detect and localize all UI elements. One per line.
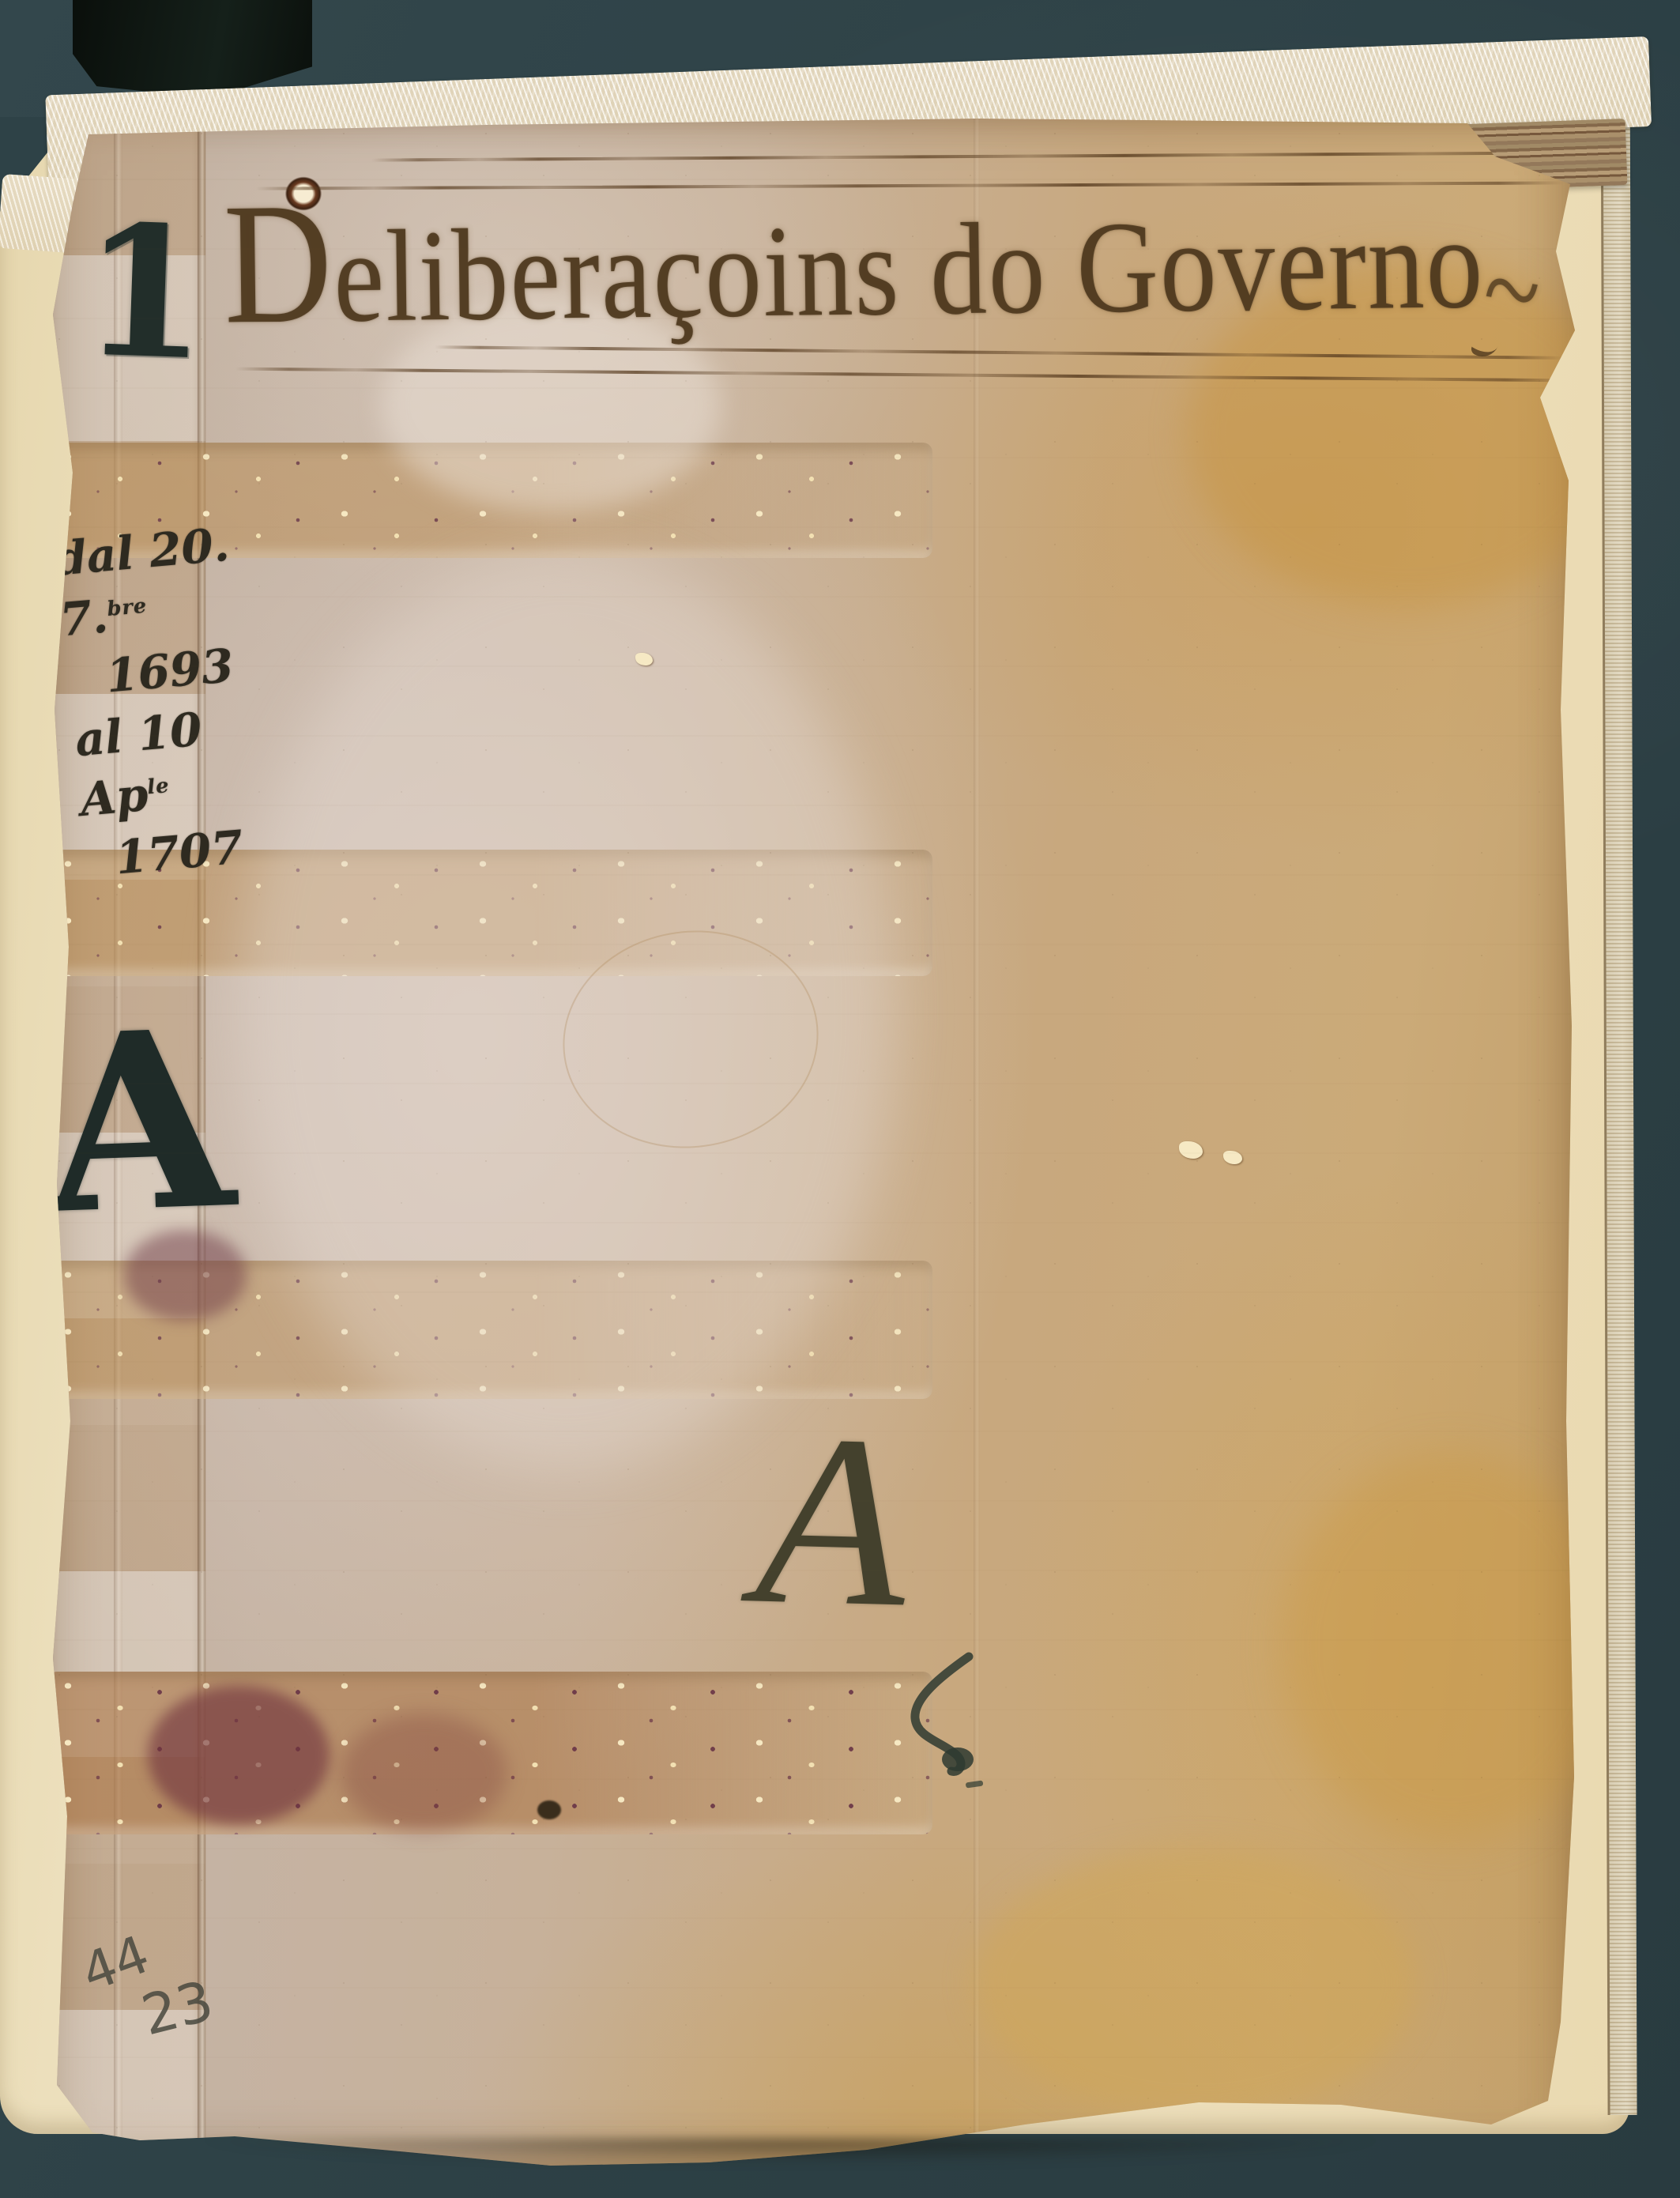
spine-date-line3: al 10 Aple [68, 690, 315, 831]
spine-date-line1-sup: bre [106, 594, 148, 620]
cover-title: Deliberaçoins do Governo~ [223, 163, 1540, 352]
spine-date-line3-text: al 10 Ap [73, 702, 204, 827]
stained-band-row4 [47, 1672, 932, 1834]
spine-volume-number: 1 [79, 200, 211, 384]
yellow-stain [974, 1848, 1416, 2117]
surface-chip [1223, 1151, 1242, 1164]
cover-drop-shadow [47, 2139, 1533, 2170]
title-flourish: ~ [1478, 227, 1547, 353]
cover-crease [974, 109, 980, 2173]
surface-chip [1179, 1141, 1203, 1159]
spine-letter-A: A [40, 997, 238, 1247]
spine-date-line1: dal 20. 7.bre [52, 509, 299, 650]
ruled-line-below-title [235, 368, 1573, 383]
cover-title-text: Deliberaçoins do Governo [223, 190, 1485, 351]
stained-band-row3 [47, 1261, 932, 1399]
ink-flourish-mark [880, 1649, 1007, 1791]
cover-center-letter-A: A [753, 1397, 909, 1646]
spine-date-label: dal 20. 7.bre 1693 al 10 Aple 1707 [52, 509, 320, 892]
ruled-line-below-title [435, 345, 1565, 360]
surface-chip [635, 653, 653, 665]
spine-date-line1-text: dal 20. 7. [52, 518, 231, 647]
photo-of-book-cover: Deliberaçoins do Governo~ 1 dal 20. 7.br… [0, 0, 1680, 2198]
spine-date-line3-sup: le [146, 774, 170, 799]
parchment-cover: Deliberaçoins do Governo~ 1 dal 20. 7.br… [41, 109, 1580, 2173]
ruled-line-above-title [371, 151, 1566, 161]
